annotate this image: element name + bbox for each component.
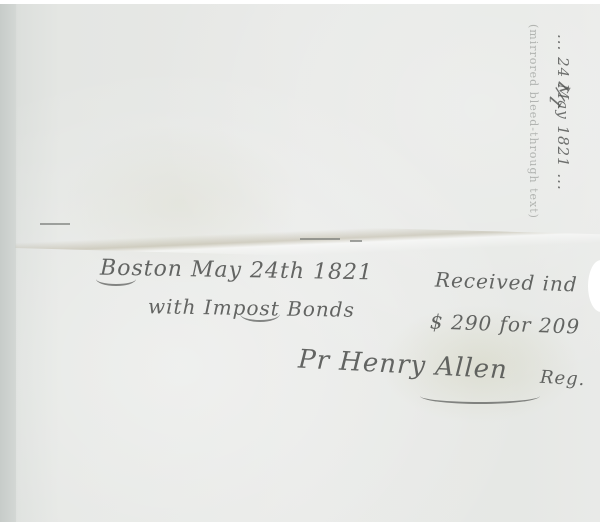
bleed-through-text: (mirrored bleed-through text) xyxy=(527,24,540,219)
fold-mark xyxy=(300,238,340,240)
pen-flourish xyxy=(96,272,136,286)
document-page: (mirrored bleed-through text) 1/1 ... 24… xyxy=(0,4,600,522)
pen-flourish xyxy=(240,306,280,322)
receipt-received-text: Received ind xyxy=(435,268,578,297)
signature-underline xyxy=(420,388,540,404)
paper-edge-strip xyxy=(0,4,16,522)
vertical-endorsement: ... 24 May 1821 ... xyxy=(554,34,572,191)
fold-mark xyxy=(350,240,362,242)
fold-mark xyxy=(40,223,70,225)
punch-hole xyxy=(588,260,600,312)
receipt-date-line: Boston May 24th 1821 xyxy=(100,256,373,286)
signature-suffix: Reg. xyxy=(539,367,585,390)
endorsement-text: ... 24 May 1821 ... xyxy=(554,34,572,191)
